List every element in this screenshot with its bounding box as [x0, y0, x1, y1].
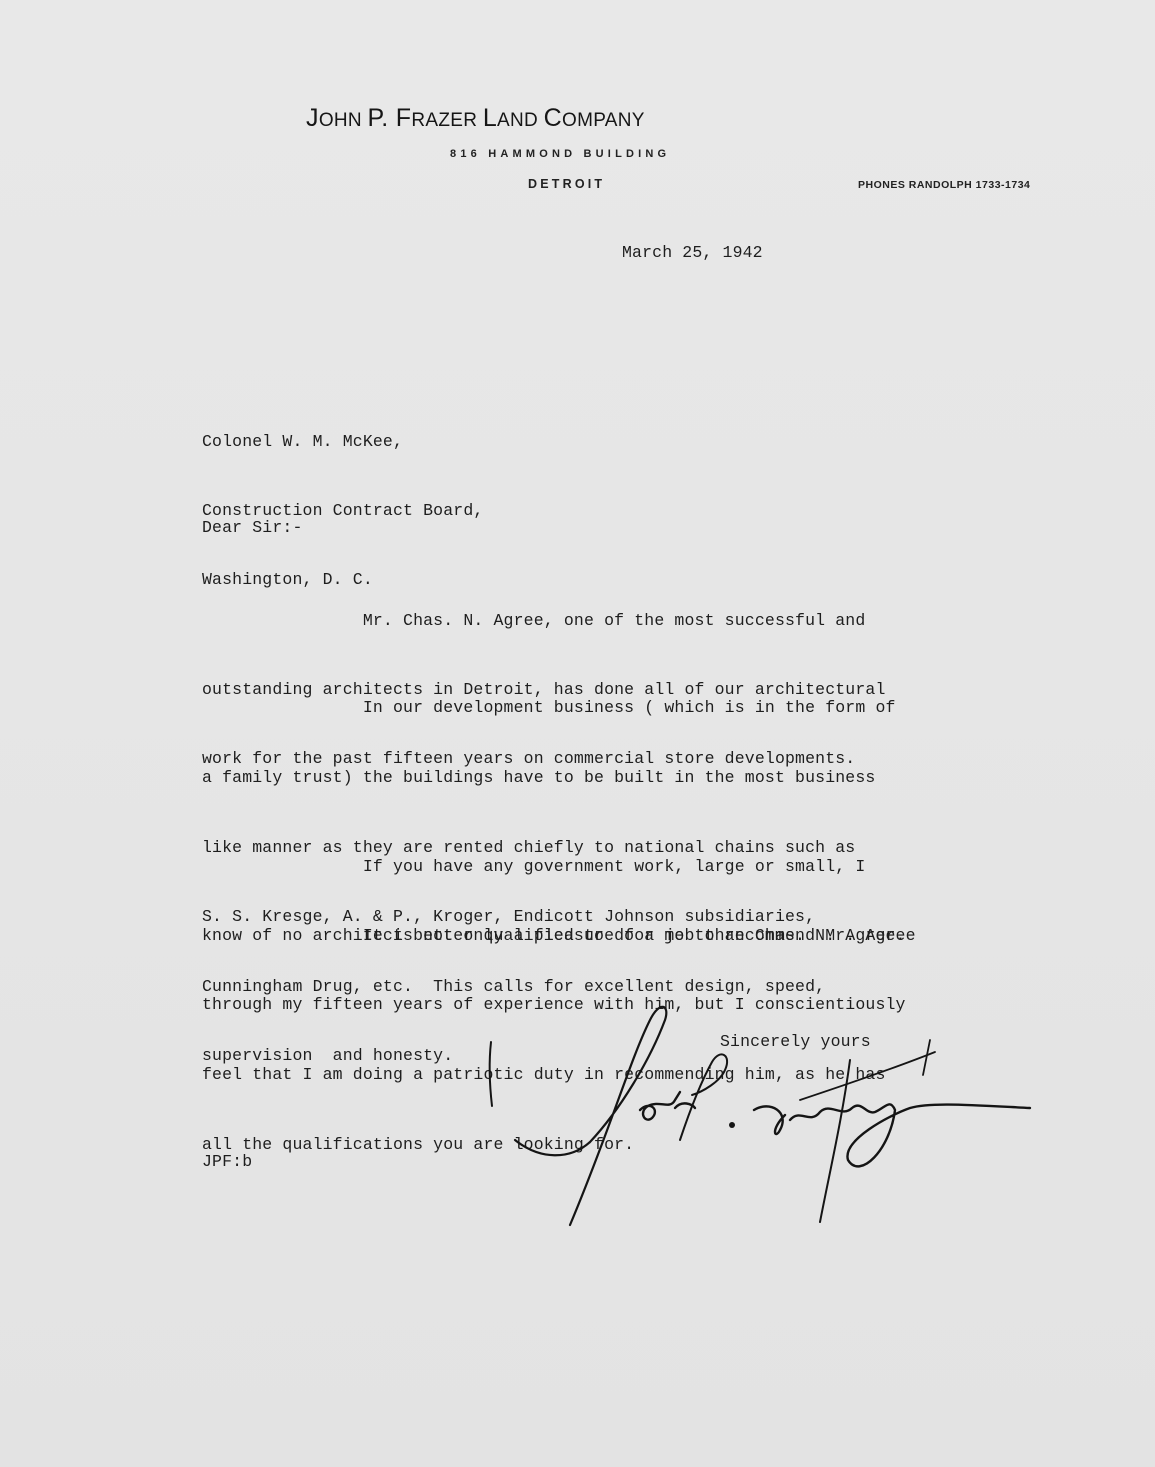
handwritten-signature: [470, 1000, 1090, 1240]
letterhead-address: 816 HAMMOND BUILDING: [450, 148, 670, 160]
letterhead-city: DETROIT: [528, 177, 605, 191]
letterhead-company-name: JOHN P. FRAZER LAND COMPANY: [306, 104, 846, 133]
body-line: a family trust) the buildings have to be…: [202, 766, 896, 789]
letterhead-phones: PHONES RANDOLPH 1733-1734: [858, 179, 1030, 191]
letter-page: JOHN P. FRAZER LAND COMPANY 816 HAMMOND …: [0, 0, 1155, 1467]
salutation: Dear Sir:-: [202, 516, 303, 539]
letter-date: March 25, 1942: [622, 241, 763, 264]
body-line: If you have any government work, large o…: [202, 855, 906, 878]
recipient-line: Colonel W. M. McKee,: [202, 430, 483, 453]
body-line: Mr. Chas. N. Agree, one of the most succ…: [202, 609, 886, 632]
body-line: In our development business ( which is i…: [202, 696, 896, 719]
typist-initials: JPF:b: [202, 1150, 252, 1173]
body-line: It is not only a pleasure for me to reco…: [202, 924, 916, 947]
